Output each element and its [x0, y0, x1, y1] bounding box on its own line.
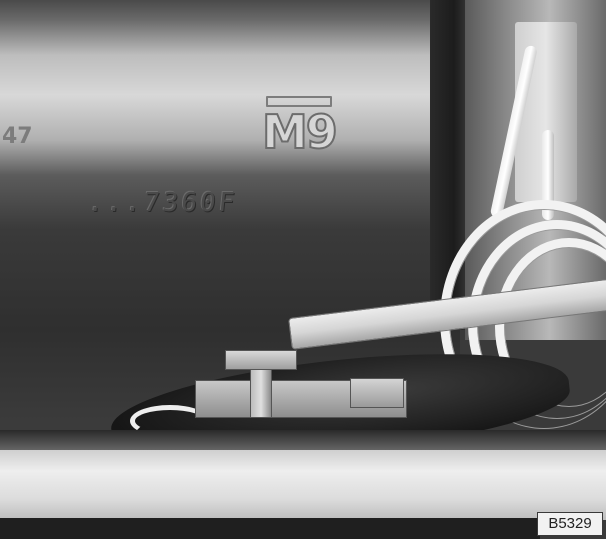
- connector-latch: [225, 350, 297, 370]
- connector-stem: [250, 366, 272, 418]
- edge-marking: 47: [2, 124, 33, 149]
- body-sill: [0, 450, 606, 520]
- stamp-text: M9: [262, 106, 332, 158]
- figure-label: B5329: [537, 512, 603, 536]
- embossed-marking: ...7360F: [86, 188, 238, 218]
- stamp-marking: M9: [262, 96, 332, 162]
- shadow: [0, 430, 606, 452]
- photo: M9 ...7360F 47 B5329: [0, 0, 606, 539]
- bottom-strip: [0, 518, 540, 539]
- connector-tab: [350, 378, 404, 408]
